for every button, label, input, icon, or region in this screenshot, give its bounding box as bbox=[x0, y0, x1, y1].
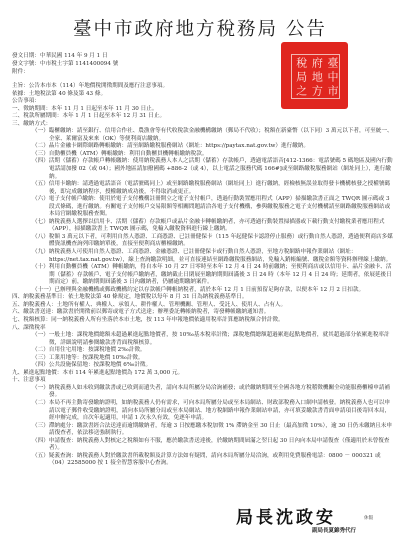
seal-glyph: 臺 bbox=[323, 55, 339, 69]
payment-method-item: （四）活期（儲蓄）存款帳戶轉帳繳納：使用納稅義務人本人之活期（儲蓄）存款帳戶，透… bbox=[22, 158, 394, 181]
note-item: （一）納稅義務人如未收到繳款書或已收到而遺失者，請向本局所屬分局洽詢補發；或於繳… bbox=[22, 385, 394, 400]
seal-glyph: 中 bbox=[323, 69, 339, 83]
director-signature: 局長沈政安 bbox=[236, 503, 336, 528]
seal-glyph: 局 bbox=[292, 69, 308, 83]
document-number: 發文字號：中市稅土字第 1141400094 號 bbox=[12, 60, 118, 68]
payment-method-item: （十）利用自動櫃員機（ATM）轉帳繳納，得自本年 10 月 27 日零時至本年 … bbox=[22, 264, 394, 287]
seal-glyph: 地 bbox=[308, 69, 324, 83]
note-item: （五）疑義查詢：納稅義務人對於繳款書所載稅額及計算方法如有疑問，請向本局所屬分局… bbox=[22, 453, 394, 468]
seal-glyph: 稅 bbox=[292, 55, 308, 69]
document-meta: 發文日期：中華民國 114 年 9 月 1 日 發文字號：中市稅土字第 1141… bbox=[12, 52, 118, 76]
page-title: 臺中市政府地方稅務局 公告 bbox=[0, 15, 400, 41]
section-bill-delivery: 六、繳款書送達：繳款書於開徵前以郵寄或電子方式送達；辦理委託轉帳納稅者，寄發轉帳… bbox=[12, 309, 394, 317]
section-notes: 十、注意事項 bbox=[12, 377, 394, 385]
deputy-signature: 副局長夏錦秀代行 bbox=[312, 526, 356, 534]
payment-method-item: （六）電子支付帳戶繳納：使用於電子支付機構註冊開立之電子支付帳戶，透過行動裝置應… bbox=[22, 196, 394, 219]
legal-basis: 依據：土地稅法第 40 條及第 43 條。 bbox=[12, 91, 394, 99]
signature-note: 休假 bbox=[364, 515, 373, 521]
tax-rate-item: （二）自用住宅用地：按課稅地價 2‰計徵。 bbox=[22, 347, 394, 355]
tax-rates-list: （一）一般土地：課稅地價總額未超過累進起點地價者，按 10‰基本稅率計徵；課稅地… bbox=[12, 332, 394, 370]
section-reference-date: 四、納稅義務基準日：依土地稅法第 40 條規定，地價稅以每年 8 月 31 日為… bbox=[12, 294, 394, 302]
section-progressive-threshold: 九、累進起點地價：本市 114 年累進起點地價為 172 萬 3,000 元。 bbox=[12, 370, 394, 378]
tax-rate-item: （一）一般土地：課稅地價總額未超過累進起點地價者，按 10‰基本稅率計徵；課稅地… bbox=[22, 332, 394, 347]
subject: 主旨：公告本市本（114）年地價稅開徵期間及應行注意事項。 bbox=[12, 83, 394, 91]
attachment-label: 附件： bbox=[12, 68, 118, 76]
section-tax-calculation: 七、稅額核算：同一納稅義務人所有坐落於本市土地，按 113 年申報地價依適用稅率… bbox=[12, 317, 394, 325]
issue-date: 發文日期：中華民國 114 年 9 月 1 日 bbox=[12, 52, 118, 60]
seal-glyph: 府 bbox=[308, 55, 324, 69]
payment-methods-list: （一）臨櫃繳納：請至銀行、信用合作社、農漁會等有代收稅款金融機構繳納（郵局不代收… bbox=[12, 128, 394, 294]
section-tax-period: 二、稅款所屬期間：本年 1 月 1 日起至本年 12 月 31 日止。 bbox=[12, 113, 394, 121]
note-item: （四）申請復查：納稅義務人對核定之稅額如有不服，應於繳款書送達後，於繳納期間屆滿… bbox=[22, 438, 394, 453]
payment-method-item: （二）晶片金融卡網際網路轉帳繳納：請至網路繳稅服務網站（網址：https://p… bbox=[22, 143, 394, 151]
notice-heading: 公告事項： bbox=[12, 98, 394, 106]
tax-rate-item: （四）公共設施保留地：按課稅地價 6‰計徵。 bbox=[22, 362, 394, 370]
document-body: 主旨：公告本市本（114）年地價稅開徵期間及應行注意事項。 依據：土地稅法第 4… bbox=[12, 83, 394, 468]
payment-method-item: （九）納稅義務人可使用自然人憑證、工商憑證、金融憑證、已註冊健保卡或行動自然人憑… bbox=[22, 249, 394, 264]
payment-method-item: （五）信用卡繳納：請透過電話語音（電話號碼同上）或至網路繳稅服務網站（網址同上）… bbox=[22, 181, 394, 196]
section-tax-rates: 八、課徵稅率 bbox=[12, 325, 394, 333]
note-item: （二）本局不再主動寄發繳納證明，如納稅義務人仍有需求，可向本局所屬分局或至本局網… bbox=[22, 400, 394, 423]
note-item: （三）滯納處分：繳款書經合法送達而逾期繳納者，每逾 3 日按應繳本稅加徵 1% … bbox=[22, 423, 394, 438]
notes-list: （一）納稅義務人如未收到繳款書或已收到而遺失者，請向本局所屬分局洽詢補發；或於繳… bbox=[12, 385, 394, 468]
payment-method-item: （八）稅額 3 萬元以下者，可利用自然人憑證、工商憑證、已註冊健保卡（115 年… bbox=[22, 234, 394, 249]
payment-method-item: （七）納稅義務人選擇以信用卡、活期（儲蓄）存款帳戶或晶片金融卡轉帳繳納者，亦可透… bbox=[22, 219, 394, 234]
payment-method-item: （一）臨櫃繳納：請至銀行、信用合作社、農漁會等有代收稅款金融機構繳納（郵局不代收… bbox=[22, 128, 394, 143]
